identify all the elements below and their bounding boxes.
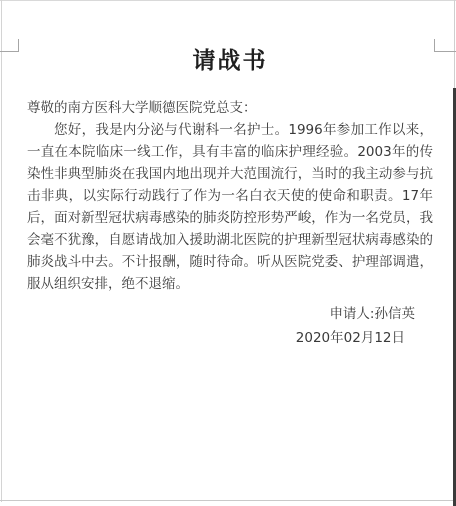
letter-signature: 申请人:孙信英 [27, 303, 433, 325]
letter-salutation: 尊敬的南方医科大学顺德医院党总支： [27, 97, 433, 119]
page-edge-left [1, 0, 2, 502]
letter-date: 2020年02月12日 [27, 327, 433, 349]
page-edge-top [0, 0, 456, 1]
letter-title: 请战书 [27, 46, 433, 76]
page-edge-bottom [0, 500, 456, 501]
letter-content: 请战书 尊敬的南方医科大学顺德医院党总支： 您好，我是内分泌与代谢科一名护士。1… [27, 46, 433, 349]
text-boundary-mark-top-left [0, 39, 19, 52]
letter-body: 您好，我是内分泌与代谢科一名护士。1996年参加工作以来，一直在本院临床一线工作… [27, 119, 433, 295]
text-boundary-mark-top-right [434, 39, 456, 52]
document-page: 请战书 尊敬的南方医科大学顺德医院党总支： 您好，我是内分泌与代谢科一名护士。1… [0, 0, 456, 506]
